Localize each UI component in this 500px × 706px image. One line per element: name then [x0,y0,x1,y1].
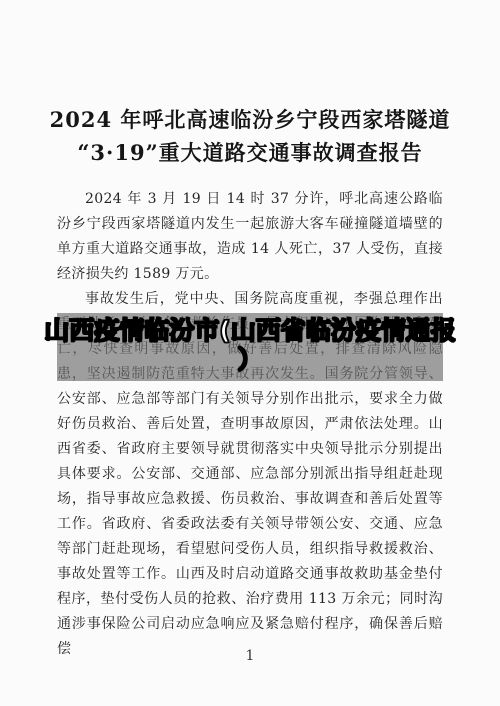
watermark-text-line-1: 山西疫情临汾市(山西省临汾疫情通报 [44,314,455,348]
report-title-line-1: 2024 年呼北高速临汾乡宁段西家塔隧道 [0,103,500,136]
paragraph-intro: 2024 年 3 月 19 日 14 时 37 分许，呼北高速公路临汾乡宁段西家… [57,187,443,287]
watermark-banner: 山西疫情临汾市(山西省临汾疫情通报 ） [57,313,443,381]
report-title-line-2: “3·19”重大道路交通事故调查报告 [0,136,500,169]
report-title: 2024 年呼北高速临汾乡宁段西家塔隧道 “3·19”重大道路交通事故调查报告 [0,103,500,169]
watermark-text-line-2: ） [237,346,262,374]
document-page: 2024 年呼北高速临汾乡宁段西家塔隧道 “3·19”重大道路交通事故调查报告 … [0,0,500,706]
report-body: 2024 年 3 月 19 日 14 时 37 分许，呼北高速公路临汾乡宁段西家… [57,187,443,662]
page-number: 1 [0,648,500,664]
